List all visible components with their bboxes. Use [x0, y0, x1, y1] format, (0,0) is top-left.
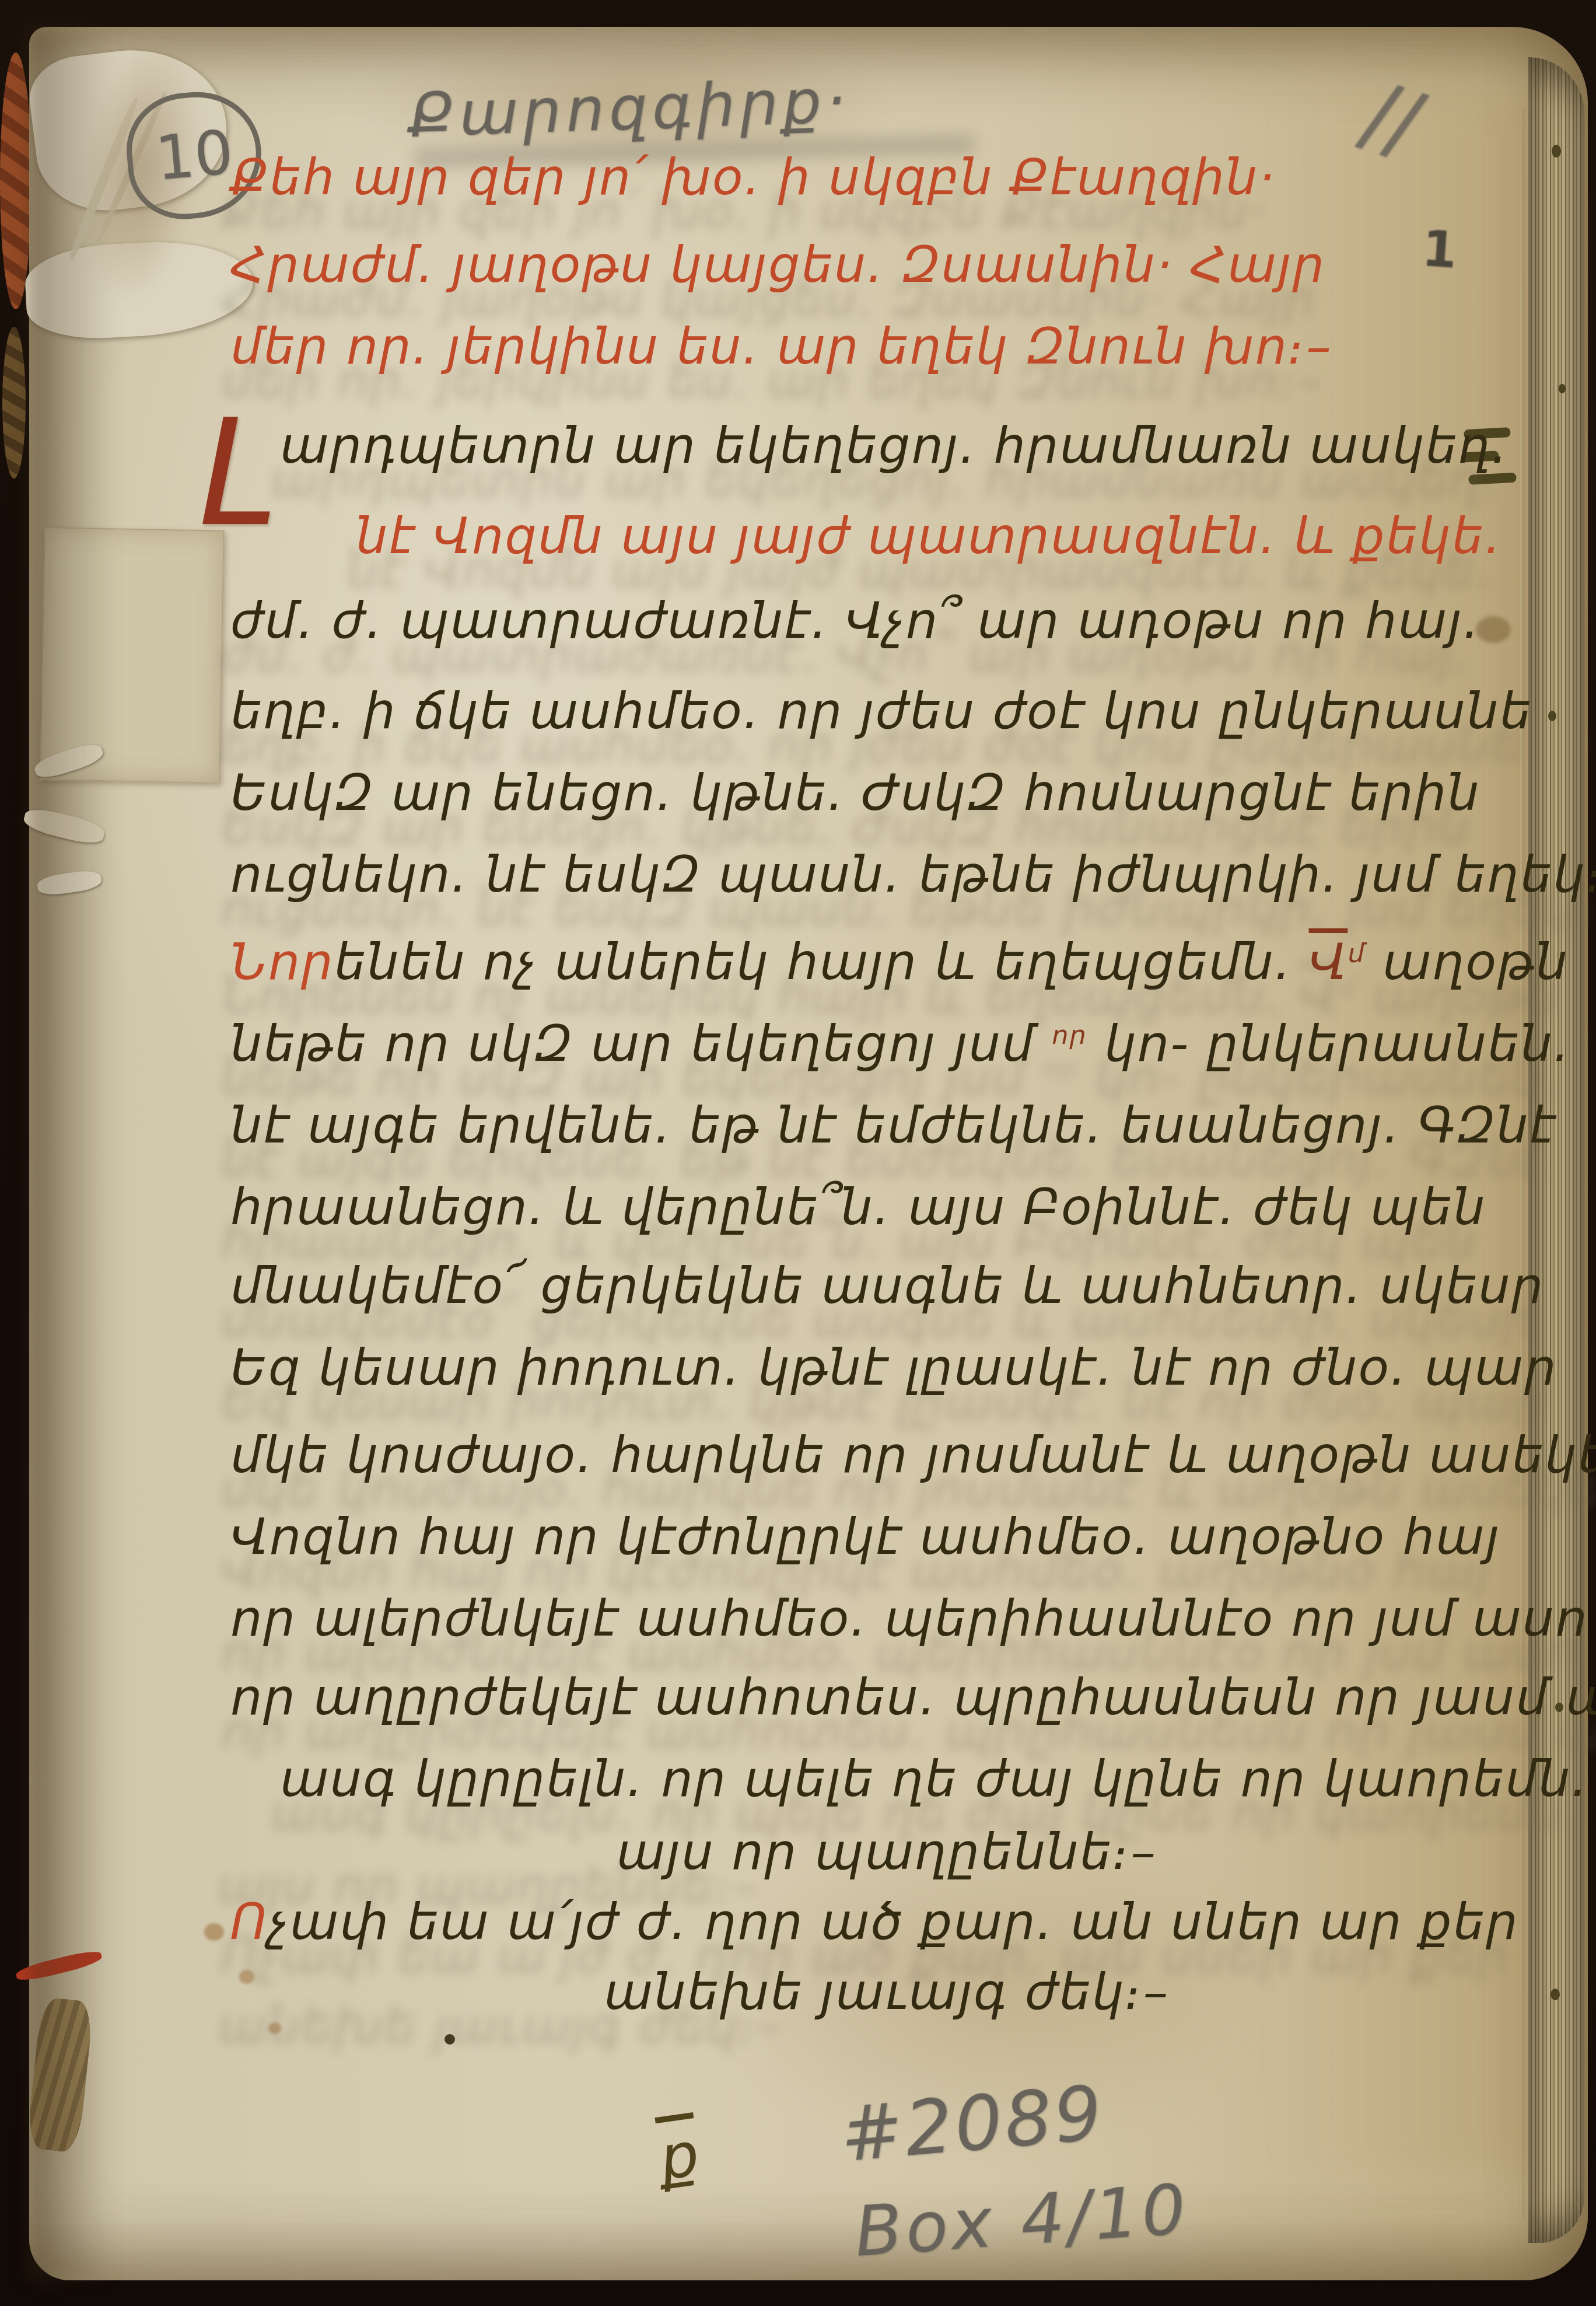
manuscript-text-segment: որ ալերժնկեյէ ասհմեօ. պերիհասննէօ որ յսմ… — [230, 1589, 1588, 1648]
manuscript-line: ուցնեկո. նէ եսկԶ պասն. եթնե իժնպրկի. յսմ… — [230, 850, 1596, 900]
manuscript-text-segment: նեթե որ սկԶ ար եկեղեցոյ յսմ — [230, 1015, 1052, 1073]
manuscript-line: Ոչափ եա ա՛յժ ժ. ղոր ած քար. ան սներ ար ք… — [230, 1897, 1519, 1947]
binding-cord — [0, 53, 32, 309]
manuscript-text-segment: արդպետրն ար եկեղեցոյ. հրամնառն ասկեղ. — [280, 417, 1508, 475]
manuscript-text-segment: աղօթն — [1366, 933, 1569, 991]
manuscript-line: ասգ կըրըելն. որ պելե ղե ժայ կընե որ կաոր… — [280, 1754, 1588, 1804]
manuscript-text-segment: Քեհ այր զեր յո՛ խօ. ի սկզբն Քէաղզին· — [230, 148, 1276, 207]
manuscript-line: որ ալերժնկեյէ ասհմեօ. պերիհասննէօ որ յսմ… — [230, 1594, 1588, 1644]
manuscript-text-segment: եղբ. ի ճկե ասհմեօ. որ յժես ժօէ կոս ընկեր… — [230, 682, 1532, 740]
manuscript-text-segment: մեր որ. յերկինս ես. ար եղեկ Զնուն խո։– — [230, 317, 1332, 376]
manuscript-text-segment: Ո — [230, 1893, 268, 1951]
manuscript-line: ԵսկԶ ար ենեցո. կթնե. ԺսկԶ հոսնարցնէ երին… — [230, 768, 1480, 818]
manuscript-line: որ աղըրժեկեյէ ասհոտես. պրըհասնեսն որ յաս… — [230, 1672, 1596, 1722]
manuscript-line: արդպետրն ար եկեղեցոյ. հրամնառն ասկեղ.արդ… — [280, 421, 1508, 471]
manuscript-text-segment: մկե կոսժայօ. հարկնե որ յոսմանէ և աղօթն ա… — [230, 1426, 1596, 1484]
manuscript-text-segment: հրաանեցո. և վերընե՞ն. այս Բօիննէ. ժեկ պե… — [230, 1178, 1486, 1236]
manuscript-text-segment: կո- ընկերասնեն. — [1087, 1015, 1570, 1073]
manuscript-text-segment: ասգ կըրըելն. որ պելե ղե ժայ կընե որ կաոր… — [280, 1750, 1588, 1808]
manuscript-line: մկե կոսժայօ. հարկնե որ յոսմանէ և աղօթն ա… — [230, 1430, 1596, 1480]
manuscript-line: այս որ պաղըեննե։–այս որ պաղըեննե։– — [228, 1827, 1546, 1877]
manuscript-text-segment: չափ եա ա՛յժ ժ. ղոր ած քար. ան սներ ար քե… — [268, 1893, 1519, 1951]
manuscript-text-segment: մ — [1347, 938, 1365, 969]
manuscript-text-segment: այս որ պաղըեննե։– — [617, 1823, 1157, 1881]
manuscript-text-segment: որ — [1052, 1019, 1087, 1050]
manuscript-page: 10 Քարոզգիրք· // 1 #2089 Box 4/10 ք Լ Քե… — [29, 27, 1588, 2280]
manuscript-text-segment: մնակեմէօ՜ ցերկեկնե ասգնե և ասհնետր. սկես… — [230, 1257, 1545, 1315]
manuscript-line: մնակեմէօ՜ ցերկեկնե ասգնե և ասհնետր. սկես… — [230, 1261, 1545, 1311]
manuscript-text-segment: Վ — [1309, 933, 1348, 991]
manuscript-text-segment: Վոզնո հայ որ կէժոնըրկէ ասհմեօ. աղօթնօ հա… — [230, 1508, 1501, 1566]
manuscript-line: Քեհ այր զեր յո՛ խօ. ի սկզբն Քէաղզին·Քեհ … — [230, 152, 1276, 202]
manuscript-line: եղբ. ի ճկե ասհմեօ. որ յժես ժօէ կոս ընկեր… — [230, 686, 1532, 736]
manuscript-text-segment: անեխե յաւայգ ժեկ։– — [604, 1963, 1169, 2021]
manuscript-text-segment: ժմ. ժ. պատրաժառնէ. Վչո՞ ար ադօթս որ հայ. — [230, 592, 1480, 650]
manuscript-text-segment: ԵսկԶ ար ենեցո. կթնե. ԺսկԶ հոսնարցնէ երին — [230, 764, 1480, 822]
manuscript-text-block: Քեհ այր զեր յո՛ խօ. ի սկզբն Քէաղզին·Քեհ … — [29, 27, 1588, 2280]
manuscript-text-segment: Եզ կեսար իոդուտ. կթնէ լըասկէ. նէ որ ժնօ.… — [230, 1339, 1557, 1397]
manuscript-text-segment: ենեն ոչ աներեկ հայր և եղեպցեմն. — [334, 933, 1309, 991]
manuscript-line: ժմ. ժ. պատրաժառնէ. Վչո՞ ար ադօթս որ հայ.… — [230, 596, 1480, 646]
manuscript-line: Նորենեն ոչ աներեկ հայր և եղեպցեմն. Վմ աղ… — [230, 937, 1569, 987]
manuscript-text-segment: Նոր — [230, 933, 334, 991]
manuscript-text-segment: նէ Վոզմն այս յայժ պատրասզնէն. և քեկե. — [356, 507, 1502, 565]
manuscript-line: նէ Վոզմն այս յայժ պատրասզնէն. և քեկե.նէ … — [356, 511, 1502, 561]
manuscript-line: անեխե յաւայգ ժեկ։–անեխե յաւայգ ժեկ։– — [228, 1967, 1546, 2017]
manuscript-line: նէ այգե երվենե. եթ նէ եմժեկնե. եսանեցոյ.… — [230, 1100, 1556, 1151]
manuscript-photo: 10 Քարոզգիրք· // 1 #2089 Box 4/10 ք Լ Քե… — [0, 0, 1596, 2306]
manuscript-line: հրաանեցո. և վերընե՞ն. այս Բօիննէ. ժեկ պե… — [230, 1182, 1486, 1232]
manuscript-line: մեր որ. յերկինս ես. ար եղեկ Զնուն խո։–մե… — [230, 322, 1332, 372]
manuscript-line: Եզ կեսար իոդուտ. կթնէ լըասկէ. նէ որ ժնօ.… — [230, 1343, 1557, 1393]
manuscript-text-segment: որ աղըրժեկեյէ ասհոտես. պրըհասնեսն որ յաս… — [230, 1668, 1596, 1727]
manuscript-line: նեթե որ սկԶ ար եկեղեցոյ յսմ որ կո- ընկեր… — [230, 1019, 1570, 1069]
manuscript-text-segment: նէ այգե երվենե. եթ նէ եմժեկնե. եսանեցոյ.… — [230, 1096, 1556, 1155]
manuscript-text-segment: Հրաժմ. յաղօթս կայցես. Զսասնին· Հայր — [230, 236, 1325, 294]
manuscript-text-segment: ուցնեկո. նէ եսկԶ պասն. եթնե իժնպրկի. յսմ… — [230, 845, 1596, 904]
manuscript-line: Վոզնո հայ որ կէժոնըրկէ ասհմեօ. աղօթնօ հա… — [230, 1512, 1501, 1562]
binding-cord — [2, 327, 26, 478]
manuscript-line: Հրաժմ. յաղօթս կայցես. Զսասնին· ՀայրՀրաժմ… — [230, 240, 1325, 290]
